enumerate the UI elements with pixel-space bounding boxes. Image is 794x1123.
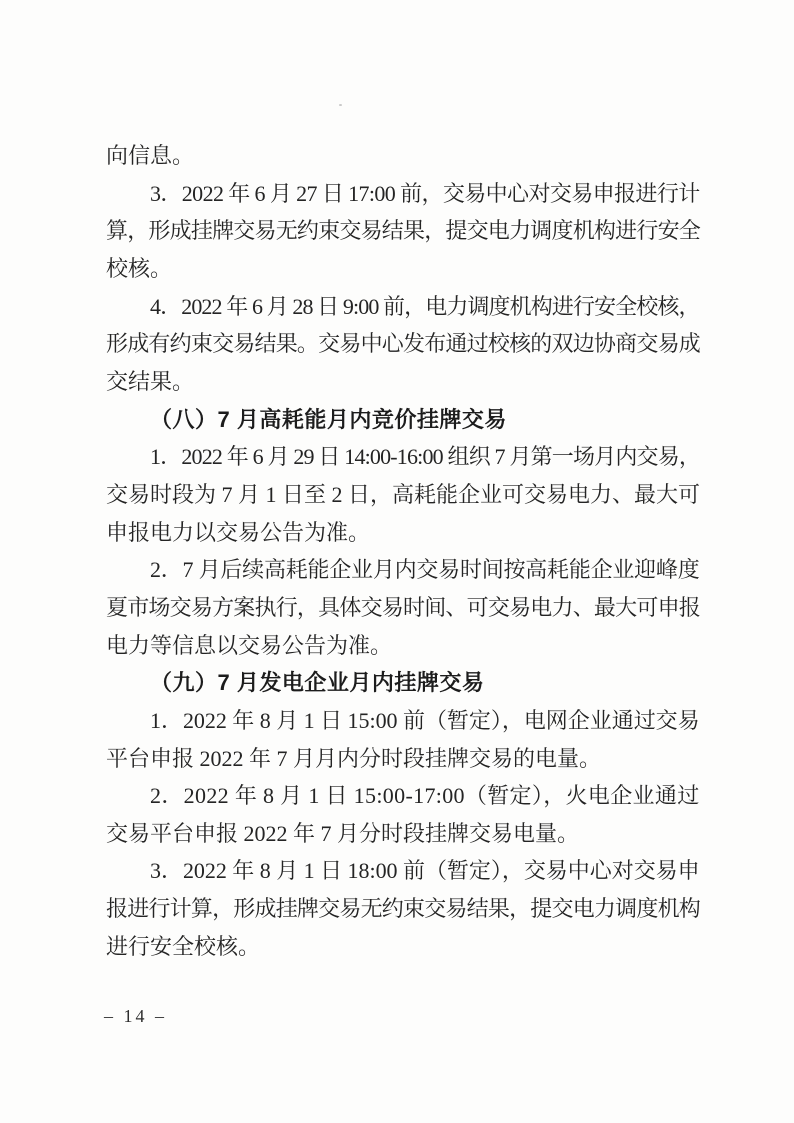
line-text: 校核。 [106, 250, 172, 288]
line-text: 交易时段为 7 月 1 日至 2 日，高耗能企业可交易电力、最大可 [106, 476, 700, 514]
line-text: 3．2022 年 6 月 27 日 17:00 前，交易中心对交易申报进行计 [150, 175, 700, 213]
text-line: 平台申报 2022 年 7 月月内分时段挂牌交易的电量。 [106, 740, 700, 778]
line-text: 向信息。 [106, 137, 194, 175]
line-text: 形成有约束交易结果。交易中心发布通过校核的双边协商交易成 [106, 325, 700, 363]
section-heading: （八）7 月高耗能月内竞价挂牌交易 [106, 401, 700, 439]
line-text: 平台申报 2022 年 7 月月内分时段挂牌交易的电量。 [106, 740, 601, 778]
text-line: 交易时段为 7 月 1 日至 2 日，高耗能企业可交易电力、最大可 [106, 476, 700, 514]
text-line: 形成有约束交易结果。交易中心发布通过校核的双边协商交易成 [106, 325, 700, 363]
text-line: 校核。 [106, 250, 700, 288]
line-text: 电力等信息以交易公告为准。 [106, 627, 392, 665]
text-line: 交易平台申报 2022 年 7 月分时段挂牌交易电量。 [106, 815, 700, 853]
text-line: 3．2022 年 8 月 1 日 18:00 前（暂定），交易中心对交易申 [106, 852, 700, 890]
line-text: 2．2022 年 8 月 1 日 15:00-17:00（暂定），火电企业通过 [150, 777, 700, 815]
line-text: 算，形成挂牌交易无约束交易结果，提交电力调度机构进行安全 [106, 212, 700, 250]
text-line: 1．2022 年 6 月 29 日 14:00-16:00 组织 7 月第一场月… [106, 438, 700, 476]
line-text: 申报电力以交易公告为准。 [106, 514, 370, 552]
line-text: 交易平台申报 2022 年 7 月分时段挂牌交易电量。 [106, 815, 579, 853]
text-line: 2．7 月后续高耗能企业月内交易时间按高耗能企业迎峰度 [106, 551, 700, 589]
text-line: 向信息。 [106, 137, 700, 175]
line-text: 进行安全校核。 [106, 928, 260, 966]
page-number: – 14 – [104, 1001, 167, 1031]
line-text: 交结果。 [106, 363, 194, 401]
line-text: （八）7 月高耗能月内竞价挂牌交易 [150, 401, 507, 439]
line-text: 报进行计算，形成挂牌交易无约束交易结果，提交电力调度机构 [106, 890, 700, 928]
document-body: 向信息。3．2022 年 6 月 27 日 17:00 前，交易中心对交易申报进… [106, 137, 700, 965]
line-text: （九）7 月发电企业月内挂牌交易 [150, 664, 484, 702]
line-text: 4．2022 年 6 月 28 日 9:00 前，电力调度机构进行安全校核， [150, 288, 700, 326]
line-text: 1．2022 年 6 月 29 日 14:00-16:00 组织 7 月第一场月… [150, 438, 700, 476]
line-text: 夏市场交易方案执行，具体交易时间、可交易电力、最大可申报 [106, 589, 700, 627]
line-text: 3．2022 年 8 月 1 日 18:00 前（暂定），交易中心对交易申 [150, 852, 700, 890]
line-text: 1．2022 年 8 月 1 日 15:00 前（暂定），电网企业通过交易 [150, 702, 700, 740]
section-heading: （九）7 月发电企业月内挂牌交易 [106, 664, 700, 702]
text-line: 夏市场交易方案执行，具体交易时间、可交易电力、最大可申报 [106, 589, 700, 627]
text-line: 进行安全校核。 [106, 928, 700, 966]
scan-speck [339, 104, 342, 106]
text-line: 4．2022 年 6 月 28 日 9:00 前，电力调度机构进行安全校核， [106, 288, 700, 326]
text-line: 1．2022 年 8 月 1 日 15:00 前（暂定），电网企业通过交易 [106, 702, 700, 740]
line-text: 2．7 月后续高耗能企业月内交易时间按高耗能企业迎峰度 [150, 551, 700, 589]
text-line: 3．2022 年 6 月 27 日 17:00 前，交易中心对交易申报进行计 [106, 175, 700, 213]
text-line: 2．2022 年 8 月 1 日 15:00-17:00（暂定），火电企业通过 [106, 777, 700, 815]
text-line: 算，形成挂牌交易无约束交易结果，提交电力调度机构进行安全 [106, 212, 700, 250]
text-line: 交结果。 [106, 363, 700, 401]
text-line: 申报电力以交易公告为准。 [106, 514, 700, 552]
text-line: 电力等信息以交易公告为准。 [106, 627, 700, 665]
document-page: 向信息。3．2022 年 6 月 27 日 17:00 前，交易中心对交易申报进… [0, 0, 794, 1123]
text-line: 报进行计算，形成挂牌交易无约束交易结果，提交电力调度机构 [106, 890, 700, 928]
